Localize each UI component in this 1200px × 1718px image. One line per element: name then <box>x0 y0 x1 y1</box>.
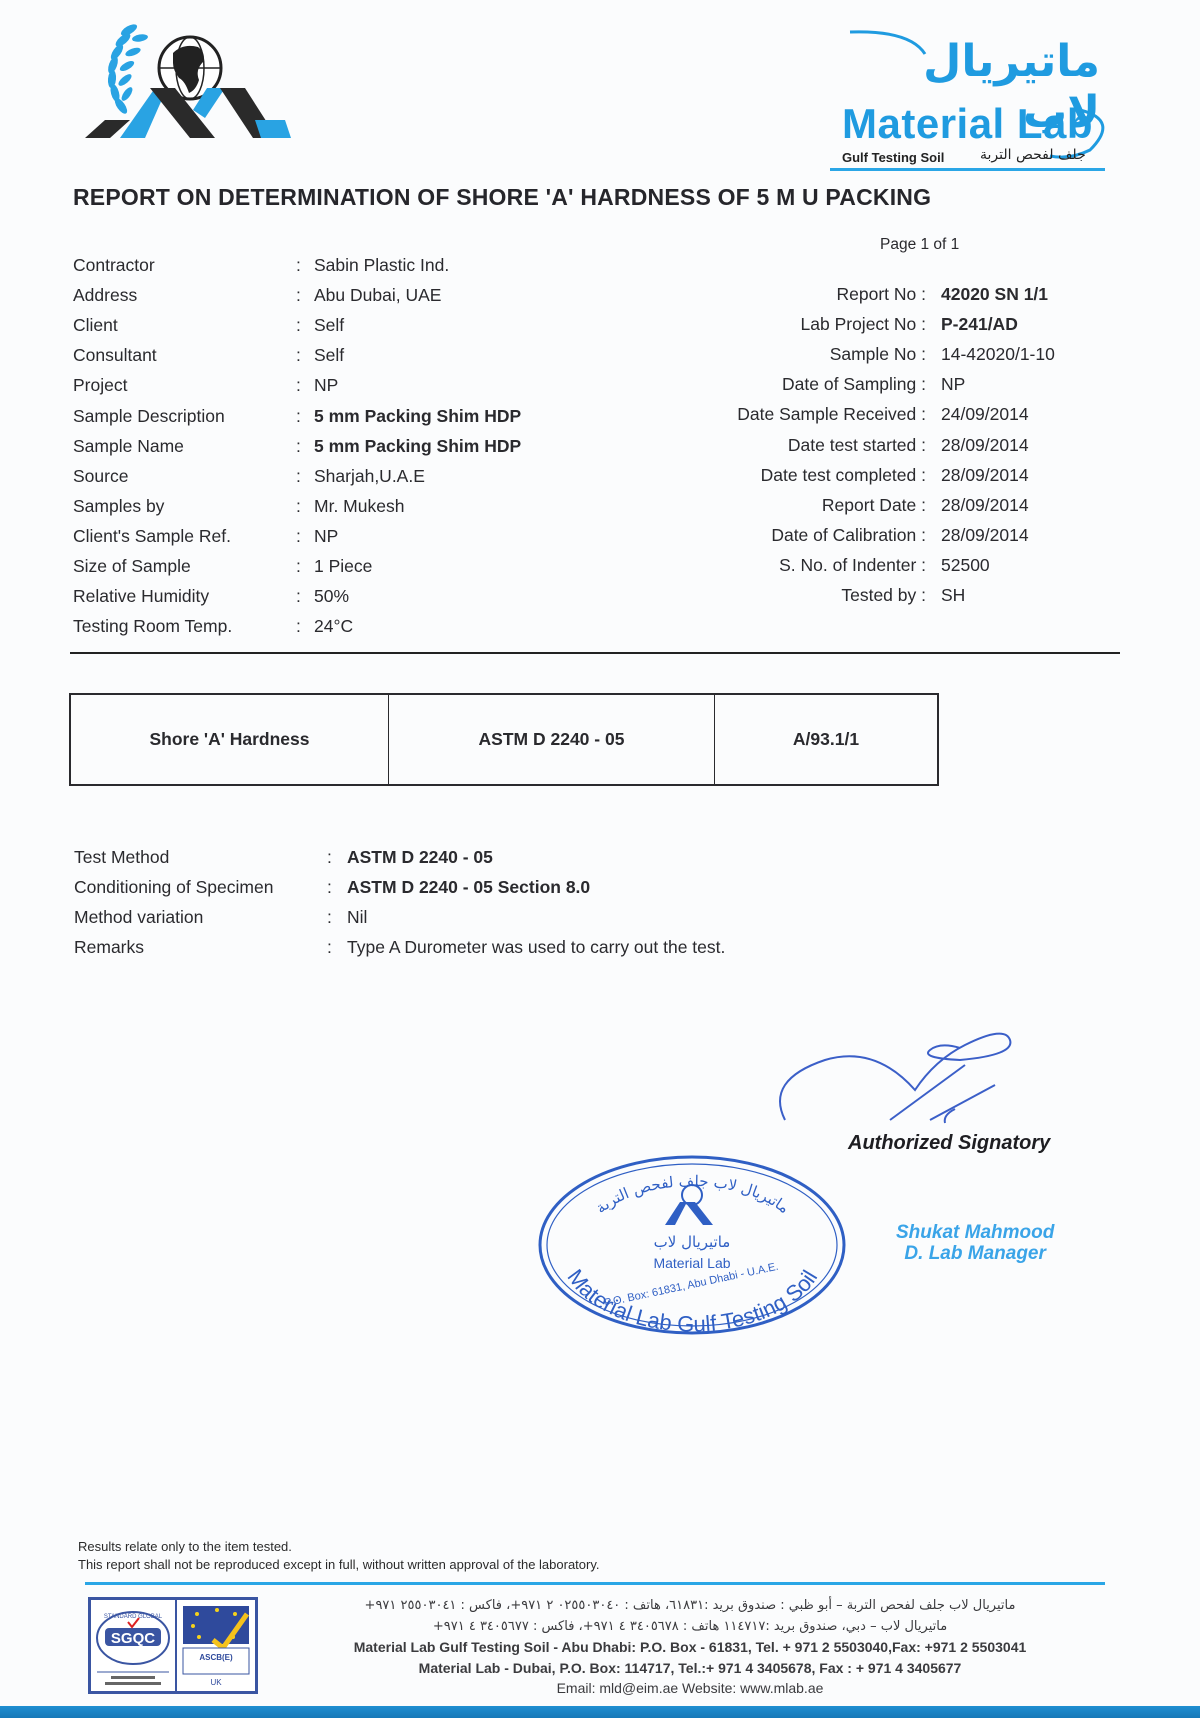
field-label: Relative Humidity <box>73 586 209 607</box>
field-colon: : <box>296 315 301 336</box>
field-label: Date of Calibration : <box>771 525 926 546</box>
report-title: REPORT ON DETERMINATION OF SHORE 'A' HAR… <box>73 184 931 211</box>
result-value-cell: A/93.1/1 <box>715 695 937 784</box>
field-value: NP <box>314 375 338 396</box>
field-colon: : <box>296 406 301 427</box>
field-colon: : <box>327 847 332 868</box>
field-colon: : <box>296 375 301 396</box>
field-label: Project <box>73 375 127 396</box>
manager-name: Shukat Mahmood <box>896 1222 1054 1243</box>
field-value: 1 Piece <box>314 556 372 577</box>
field-label: Test Method <box>74 847 169 868</box>
disclaimer-line-1: Results relate only to the item tested. <box>78 1538 600 1556</box>
field-colon: : <box>296 255 301 276</box>
field-label: Consultant <box>73 345 157 366</box>
field-label: Size of Sample <box>73 556 191 577</box>
field-value: Sabin Plastic Ind. <box>314 255 449 276</box>
certification-logos: STANDARD GLOBAL SGQC ASCB(E) UK <box>88 1597 258 1694</box>
svg-text:STANDARD GLOBAL: STANDARD GLOBAL <box>104 1614 163 1620</box>
field-colon: : <box>296 466 301 487</box>
company-stamp: ماتيريال لاب جلف لفحص التربة Material La… <box>535 1150 850 1340</box>
footer-contact-info: ماتيريال لاب جلف لفحص التربة – أبو ظبي :… <box>270 1596 1110 1699</box>
stamp-brand-text: Material Lab <box>653 1255 730 1271</box>
footer-arabic-line-2: ماتيريال لاب – دبي، صندوق بريد :١١٤٧١٧ ه… <box>270 1617 1110 1638</box>
field-label: Sample No : <box>830 344 926 365</box>
field-label: Lab Project No : <box>801 314 926 335</box>
field-value: 14-42020/1-10 <box>941 344 1055 365</box>
field-colon: : <box>296 436 301 457</box>
field-value: Type A Durometer was used to carry out t… <box>347 937 725 958</box>
field-label: Testing Room Temp. <box>73 616 232 637</box>
field-value: 28/09/2014 <box>941 525 1029 546</box>
footer-abu-dhabi-address: Material Lab Gulf Testing Soil - Abu Dha… <box>270 1637 1110 1658</box>
svg-text:ASCB(E): ASCB(E) <box>199 1653 233 1662</box>
field-label: Sample Description <box>73 406 225 427</box>
material-lab-emblem-logo <box>85 18 295 148</box>
field-label: Date of Sampling : <box>782 374 926 395</box>
field-value: ASTM D 2240 - 05 <box>347 847 493 868</box>
field-value: 28/09/2014 <box>941 495 1029 516</box>
field-value: 52500 <box>941 555 990 576</box>
field-colon: : <box>327 907 332 928</box>
field-label: Contractor <box>73 255 155 276</box>
section-divider <box>70 652 1120 654</box>
field-label: Client <box>73 315 118 336</box>
field-value: 24°C <box>314 616 353 637</box>
field-label: Date Sample Received : <box>737 404 926 425</box>
field-value: ASTM D 2240 - 05 Section 8.0 <box>347 877 590 898</box>
authorized-signatory-label: Authorized Signatory <box>848 1132 1050 1155</box>
field-value: 42020 SN 1/1 <box>941 284 1048 305</box>
field-label: Tested by : <box>841 585 926 606</box>
footer-dubai-address: Material Lab - Dubai, P.O. Box: 114717, … <box>270 1658 1110 1679</box>
field-value: Abu Dubai, UAE <box>314 285 441 306</box>
brand-subtitle-arabic: جلف لفحص التربة <box>980 147 1086 163</box>
result-property-cell: Shore 'A' Hardness <box>71 695 389 784</box>
svg-text:UK: UK <box>210 1678 222 1687</box>
field-colon: : <box>296 345 301 366</box>
field-value: 24/09/2014 <box>941 404 1029 425</box>
header-rule <box>830 168 1105 171</box>
field-label: Report No : <box>837 284 926 305</box>
field-colon: : <box>327 937 332 958</box>
ascb-certification-logo: ASCB(E) UK <box>177 1600 257 1691</box>
field-colon: : <box>296 285 301 306</box>
sgqc-certification-logo: STANDARD GLOBAL SGQC <box>91 1600 177 1691</box>
field-label: Method variation <box>74 907 203 928</box>
field-colon: : <box>296 556 301 577</box>
field-value: 5 mm Packing Shim HDP <box>314 436 521 457</box>
field-label: Samples by <box>73 496 164 517</box>
field-colon: : <box>296 526 301 547</box>
field-label: Remarks <box>74 937 144 958</box>
field-label: S. No. of Indenter : <box>779 555 926 576</box>
field-value: Self <box>314 315 344 336</box>
field-value: Sharjah,U.A.E <box>314 466 425 487</box>
field-value: 28/09/2014 <box>941 435 1029 456</box>
field-value: 28/09/2014 <box>941 465 1029 486</box>
footer-arabic-line-1: ماتيريال لاب جلف لفحص التربة – أبو ظبي :… <box>270 1596 1110 1617</box>
page-number: Page 1 of 1 <box>880 236 959 254</box>
field-colon: : <box>296 496 301 517</box>
footer-rule <box>85 1582 1105 1585</box>
field-value: Nil <box>347 907 367 928</box>
field-value: 5 mm Packing Shim HDP <box>314 406 521 427</box>
field-value: NP <box>314 526 338 547</box>
svg-text:Material Lab Gulf Testing Soil: Material Lab Gulf Testing Soil <box>562 1265 822 1337</box>
field-label: Client's Sample Ref. <box>73 526 231 547</box>
field-value: 50% <box>314 586 349 607</box>
field-label: Report Date : <box>822 495 926 516</box>
result-table: Shore 'A' Hardness ASTM D 2240 - 05 A/93… <box>69 693 939 786</box>
manager-designation: D. Lab Manager <box>896 1243 1054 1264</box>
field-label: Date test completed : <box>761 465 926 486</box>
disclaimer-line-2: This report shall not be reproduced exce… <box>78 1556 600 1574</box>
field-value: Self <box>314 345 344 366</box>
field-colon: : <box>296 586 301 607</box>
field-label: Date test started : <box>788 435 926 456</box>
field-value: Mr. Mukesh <box>314 496 404 517</box>
manager-name-stamp: Shukat Mahmood D. Lab Manager <box>896 1222 1054 1264</box>
field-colon: : <box>327 877 332 898</box>
result-standard-cell: ASTM D 2240 - 05 <box>389 695 715 784</box>
svg-text:ماتيريال لاب: ماتيريال لاب <box>654 1233 731 1251</box>
svg-text:SGQC: SGQC <box>111 1630 155 1647</box>
field-value: P-241/AD <box>941 314 1018 335</box>
brand-subtitle: Gulf Testing Soil <box>842 150 944 165</box>
material-lab-brand-logo: ماتيريال لاب Material Lab Gulf Testing S… <box>830 28 1130 168</box>
field-colon: : <box>296 616 301 637</box>
disclaimer: Results relate only to the item tested. … <box>78 1538 600 1574</box>
field-value: NP <box>941 374 965 395</box>
field-label: Sample Name <box>73 436 184 457</box>
stamp-ring-text: Material Lab Gulf Testing Soil <box>562 1265 822 1337</box>
footer-email-website[interactable]: Email: mld@eim.ae Website: www.mlab.ae <box>270 1678 1110 1699</box>
signature-scribble <box>775 1025 1035 1135</box>
footer-color-bar <box>0 1706 1200 1718</box>
field-value: SH <box>941 585 965 606</box>
field-label: Conditioning of Specimen <box>74 877 273 898</box>
brand-english-name: Material Lab <box>842 100 1093 148</box>
field-label: Source <box>73 466 128 487</box>
field-label: Address <box>73 285 137 306</box>
